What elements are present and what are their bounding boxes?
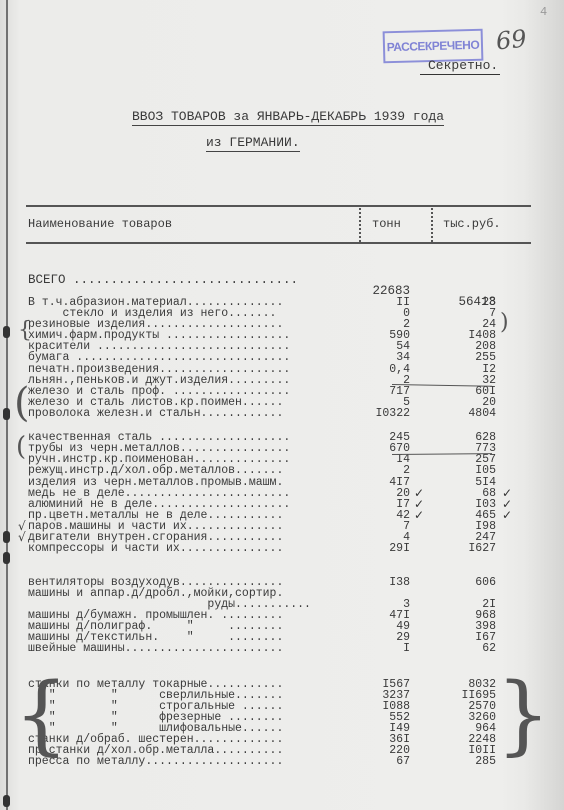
pencil-brace: }: [496, 672, 551, 758]
goods-name: режущ.инстр.д/хол.обр.металлов.......: [28, 465, 283, 476]
check-mark-icon: √: [18, 532, 26, 543]
tons-value: I38: [389, 577, 410, 588]
table-row: пресса по металлу....................672…: [0, 756, 564, 767]
table-row: проволока железн.и стальн............I03…: [0, 408, 564, 419]
table-row: режущ.инстр.д/хол.обр.металлов.......2I0…: [0, 465, 564, 476]
tons-value: 34: [396, 352, 410, 363]
column-separator: [359, 208, 361, 242]
table-row: швейные машины.......................I62: [0, 643, 564, 654]
rubles-value: 285: [475, 756, 496, 767]
pencil-brace: ): [500, 310, 509, 335]
column-header-name: Наименование товаров: [28, 217, 172, 231]
goods-name: бумага ...............................: [28, 352, 290, 363]
goods-name: проволока железн.и стальн............: [28, 408, 283, 419]
document-subtitle: из ГЕРМАНИИ.: [206, 135, 300, 152]
rubles-value: I627: [468, 543, 496, 554]
table-top-rule: [26, 205, 531, 207]
document-page: 4 РАССЕКРЕЧЕНО 69 Секретно. ВВОЗ ТОВАРОВ…: [0, 0, 564, 810]
column-header-tons: тонн: [372, 217, 401, 231]
rubles-value: I05: [475, 465, 496, 476]
total-row: ВСЕГО .............................. 226…: [0, 264, 564, 275]
rubles-value: 62: [482, 643, 496, 654]
table-row: бумага ...............................34…: [0, 352, 564, 363]
classification-label: Секретно.: [420, 58, 500, 75]
check-mark-icon: ✓: [502, 510, 512, 521]
pencil-brace: (: [16, 432, 26, 462]
folio-number: 69: [495, 24, 528, 55]
check-mark-icon: ✓: [414, 510, 424, 521]
binding-hole: [3, 795, 10, 807]
goods-name: компрессоры и части их...............: [28, 543, 283, 554]
tons-value: 29I: [389, 543, 410, 554]
pencil-brace: (: [14, 380, 30, 426]
goods-name: швейные машины.......................: [28, 643, 283, 654]
document-title: ВВОЗ ТОВАРОВ за ЯНВАРЬ-ДЕКАБРЬ 1939 года: [132, 109, 444, 126]
table-row: компрессоры и части их...............29I…: [0, 543, 564, 554]
tons-value: I: [403, 643, 410, 654]
rubles-value: 255: [475, 352, 496, 363]
tons-value: I0322: [375, 408, 410, 419]
tons-value: 2: [403, 465, 410, 476]
corner-mark: 4: [540, 5, 547, 19]
total-label: ВСЕГО ..............................: [28, 275, 298, 286]
table-header-rule: [26, 242, 531, 244]
tons-value: 67: [396, 756, 410, 767]
column-header-rubles: тыс.руб.: [443, 217, 501, 231]
rubles-value: 606: [475, 577, 496, 588]
rubles-value: 4804: [468, 408, 496, 419]
column-separator: [431, 208, 433, 242]
pencil-brace: {: [18, 318, 32, 343]
pencil-brace: {: [14, 672, 69, 758]
